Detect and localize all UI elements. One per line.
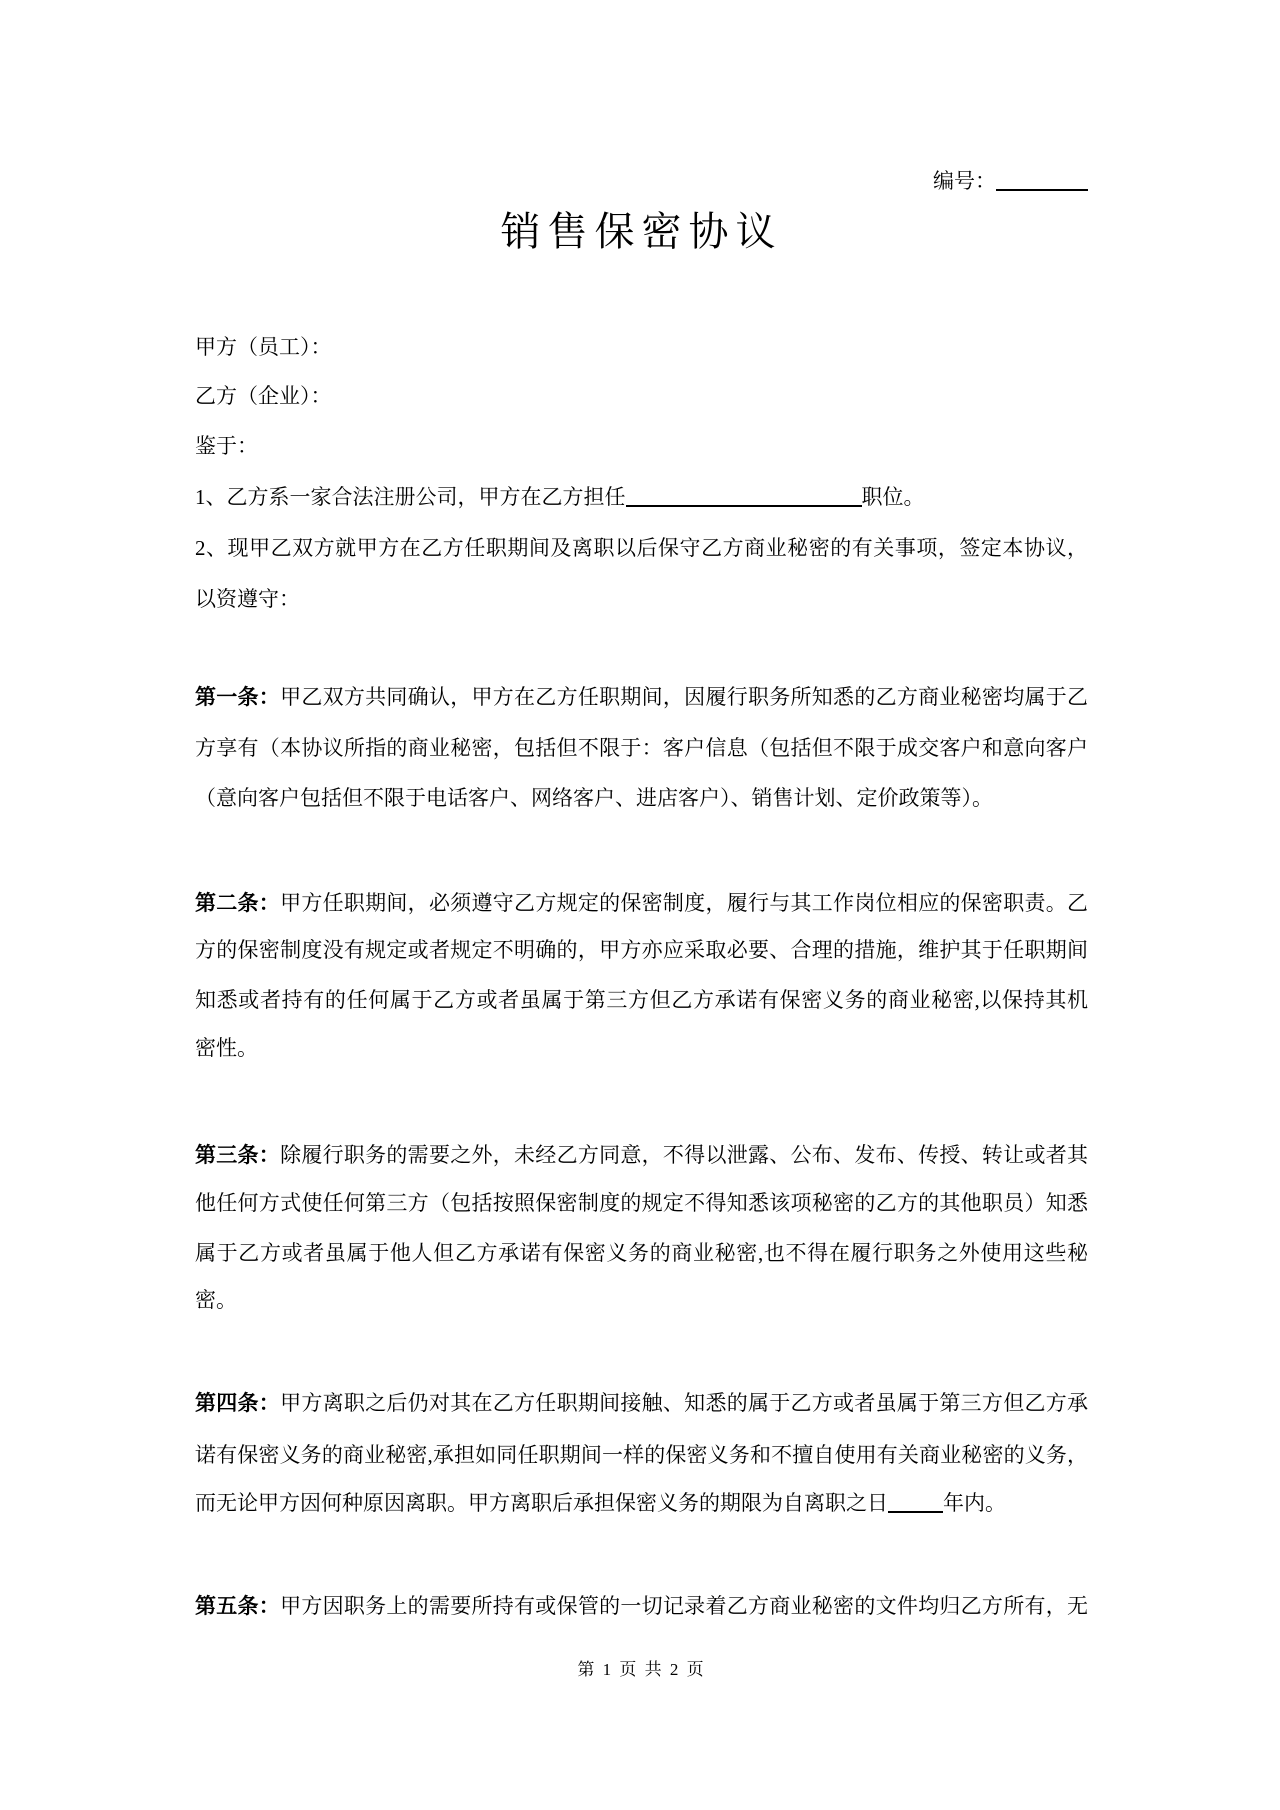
recital-1-text: 1、乙方系一家合法注册公司，甲方在乙方担任 [195, 485, 626, 509]
years-blank [888, 1491, 943, 1513]
article-4-tail-3: 年内。 [943, 1491, 1006, 1515]
article-4-text-1: 甲方离职之后仍对其在乙方任职期间接触、知悉的属于乙方或者虽属于第三方但乙方承 [280, 1391, 1088, 1415]
article-2-line-4: 密性。 [195, 1023, 1088, 1073]
article-3-line-3: 属于乙方或者虽属于他人但乙方承诺有保密义务的商业秘密,也不得在履行职务之外使用这… [195, 1228, 1088, 1278]
article-3-line-4: 密。 [195, 1275, 1088, 1325]
doc-number-blank [996, 169, 1088, 191]
doc-number-label: 编号： [933, 169, 996, 193]
doc-title: 销售保密协议 [195, 200, 1088, 264]
article-4-line-3: 而无论甲方因何种原因离职。甲方离职后承担保密义务的期限为自离职之日年内。 [195, 1478, 1088, 1528]
article-4-label: 第四条： [195, 1391, 280, 1415]
recital-2-cont-line: 以资遵守： [195, 574, 1088, 624]
article-5-line-1: 第五条：甲方因职务上的需要所持有或保管的一切记录着乙方商业秘密的文件均归乙方所有… [195, 1581, 1088, 1631]
contract-page: 编号： 销售保密协议 甲方（员工）： 乙方（企业）： 鉴于： 1、乙方系一家合法… [0, 0, 1280, 1810]
article-2-text-1: 甲方任职期间，必须遵守乙方规定的保密制度，履行与其工作岗位相应的保密职责。乙 [280, 891, 1088, 915]
article-5-label: 第五条： [195, 1594, 280, 1618]
article-3-line-2: 他任何方式使任何第三方（包括按照保密制度的规定不得知悉该项秘密的乙方的其他职员）… [195, 1178, 1088, 1228]
article-5-text-1: 甲方因职务上的需要所持有或保管的一切记录着乙方商业秘密的文件均归乙方所有，无 [280, 1594, 1088, 1618]
article-2-line-1: 第二条：甲方任职期间，必须遵守乙方规定的保密制度，履行与其工作岗位相应的保密职责… [195, 878, 1088, 928]
article-3-label: 第三条： [195, 1143, 280, 1167]
party-b-line: 乙方（企业）： [195, 371, 1088, 421]
doc-number-line: 编号： [195, 156, 1088, 206]
whereas-line: 鉴于： [195, 421, 1088, 471]
article-1-label: 第一条： [195, 685, 280, 709]
article-1-line-1: 第一条：甲乙双方共同确认，甲方在乙方任职期间，因履行职务所知悉的乙方商业秘密均属… [195, 672, 1088, 722]
recital-1-line: 1、乙方系一家合法注册公司，甲方在乙方担任职位。 [195, 472, 1088, 522]
article-3-text-1: 除履行职务的需要之外，未经乙方同意，不得以泄露、公布、发布、传授、转让或者其 [280, 1143, 1088, 1167]
recital-2-line: 2、现甲乙双方就甲方在乙方任职期间及离职以后保守乙方商业秘密的有关事项，签定本协… [195, 523, 1088, 573]
article-2-line-3: 知悉或者持有的任何属于乙方或者虽属于第三方但乙方承诺有保密义务的商业秘密,以保持… [195, 975, 1088, 1025]
article-1-text-1: 甲乙双方共同确认，甲方在乙方任职期间，因履行职务所知悉的乙方商业秘密均属于乙 [280, 685, 1088, 709]
article-2-line-2: 方的保密制度没有规定或者规定不明确的，甲方亦应采取必要、合理的措施，维护其于任职… [195, 925, 1088, 975]
article-1-line-3: （意向客户包括但不限于电话客户、网络客户、进店客户）、销售计划、定价政策等）。 [195, 773, 1088, 823]
page-number: 第 1 页 共 2 页 [195, 1645, 1088, 1695]
article-3-line-1: 第三条：除履行职务的需要之外，未经乙方同意，不得以泄露、公布、发布、传授、转让或… [195, 1130, 1088, 1180]
party-a-line: 甲方（员工）： [195, 322, 1088, 372]
article-2-label: 第二条： [195, 891, 280, 915]
article-4-line-2: 诺有保密义务的商业秘密,承担如同任职期间一样的保密义务和不擅自使用有关商业秘密的… [195, 1430, 1088, 1480]
article-1-line-2: 方享有（本协议所指的商业秘密，包括但不限于：客户信息（包括但不限于成交客户和意向… [195, 723, 1088, 773]
article-4-text-3: 而无论甲方因何种原因离职。甲方离职后承担保密义务的期限为自离职之日 [195, 1491, 888, 1515]
article-4-line-1: 第四条：甲方离职之后仍对其在乙方任职期间接触、知悉的属于乙方或者虽属于第三方但乙… [195, 1378, 1088, 1428]
recital-1-tail: 职位。 [862, 485, 925, 509]
position-blank [626, 485, 862, 507]
